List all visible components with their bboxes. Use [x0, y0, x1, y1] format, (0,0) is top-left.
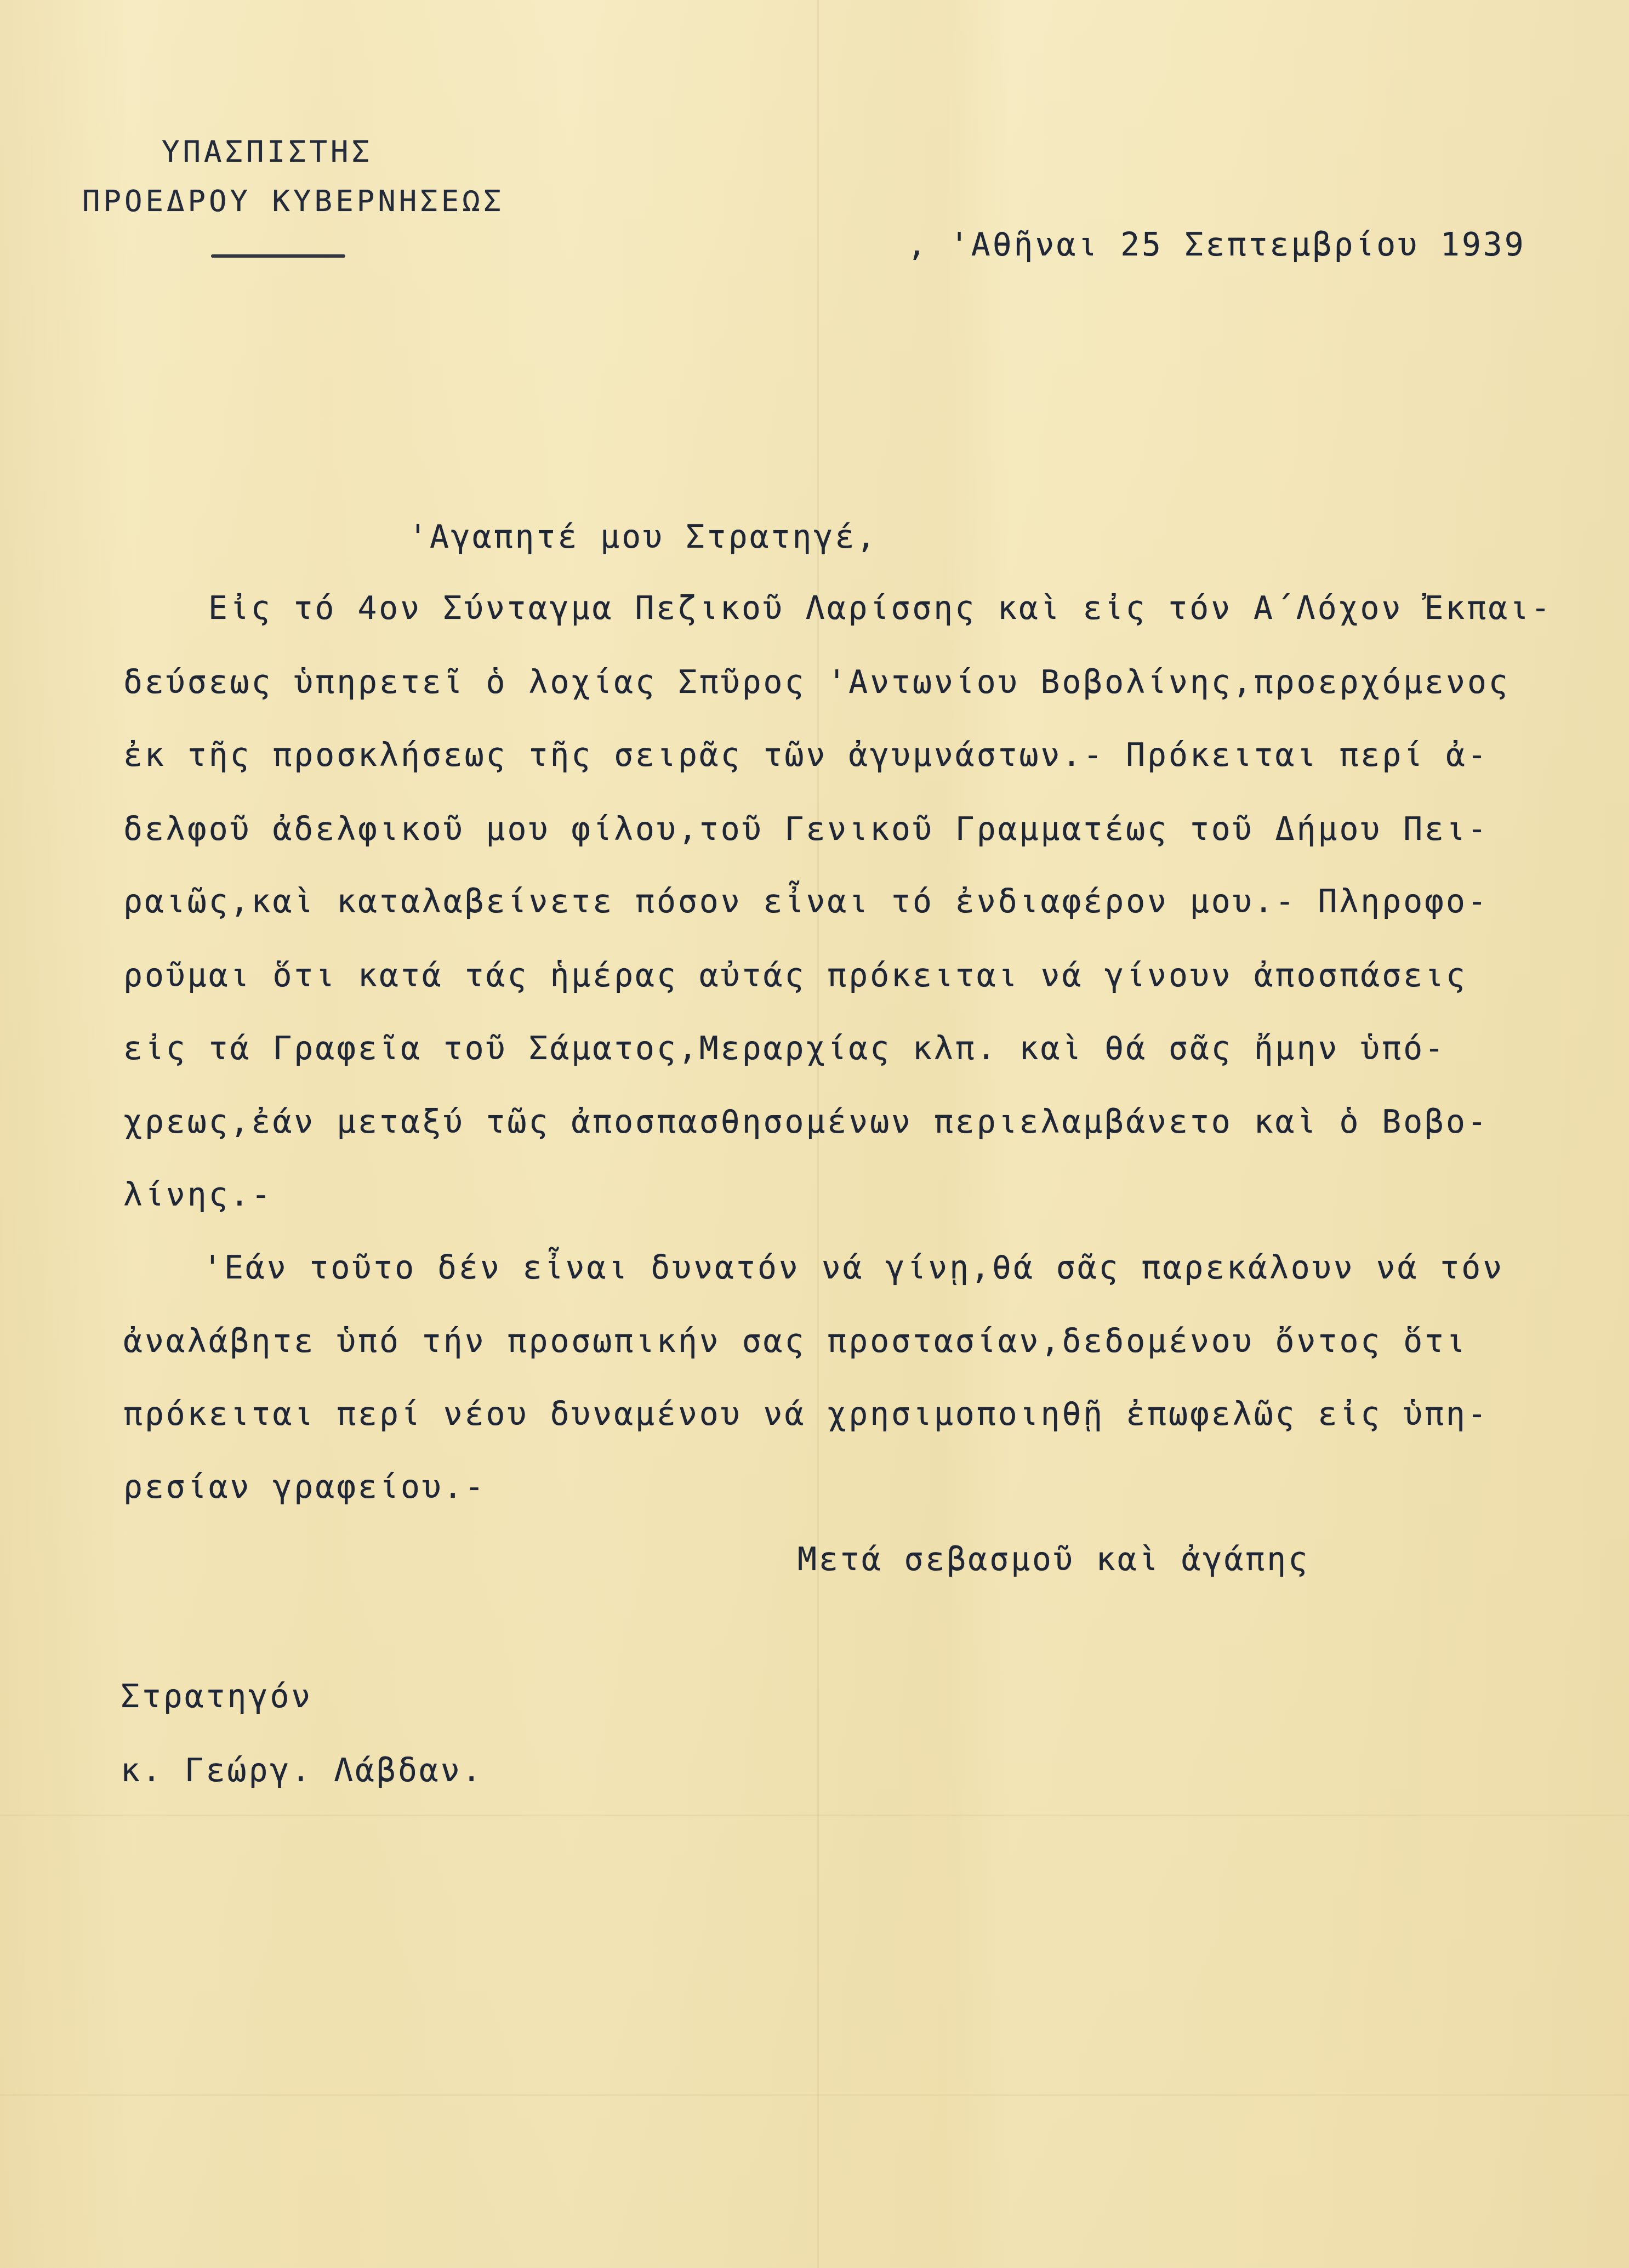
body-line: εἰς τά Γραφεῖα τοῦ Σάματος,Μεραρχίας κλπ…	[123, 1030, 1446, 1067]
body-line: ἐκ τῆς προσκλήσεως τῆς σειρᾶς τῶν ἀγυμνά…	[123, 736, 1489, 774]
body-line: χρεως,ἐάν μεταξύ τῶς ἀποσπασθησομένων πε…	[123, 1103, 1489, 1140]
body-line: Εἰς τό 4ον Σύνταγμα Πεζικοῦ Λαρίσσης καὶ…	[208, 589, 1552, 627]
paper-fold-horizontal	[0, 1815, 1629, 1816]
closing: Μετά σεβασμοῦ καὶ ἀγάπης	[798, 1541, 1309, 1578]
body-line: λίνης.-	[123, 1176, 272, 1213]
body-line: ρεσίαν γραφείου.-	[123, 1468, 486, 1505]
recipient-title: Στρατηγόν	[121, 1678, 312, 1715]
letterhead-line-1: ΥΠΑΣΠΙΣΤΗΣ	[162, 134, 373, 169]
body-line: δεύσεως ὑπηρετεῖ ὁ λοχίας Σπῦρος 'Αντωνί…	[123, 663, 1510, 701]
body-line: ἀναλάβητε ὑπό τήν προσωπικήν σας προστασ…	[123, 1322, 1467, 1360]
letterhead-underline	[211, 254, 345, 258]
body-line: 'Εάν τοῦτο δέν εἶναι δυνατόν νά γίνῃ,θά …	[203, 1249, 1504, 1286]
body-line: δελφοῦ ἀδελφικοῦ μου φίλου,τοῦ Γενικοῦ Γ…	[123, 810, 1489, 848]
body-line: πρόκειται περί νέου δυναμένου νά χρησιμο…	[123, 1395, 1489, 1433]
body-line: ραιῶς,καὶ καταλαβείνετε πόσον εἶναι τό ἐ…	[123, 883, 1489, 920]
salutation: 'Αγαπητέ μου Στρατηγέ,	[408, 518, 878, 555]
date-line: , 'Αθῆναι 25 Σεπτεμβρίου 1939	[907, 226, 1526, 263]
paper-fold-horizontal-lower	[0, 2094, 1629, 2096]
recipient-name: κ. Γεώργ. Λάβδαν.	[121, 1752, 483, 1789]
letterhead-line-2: ΠΡΟΕΔΡΟΥ ΚΥΒΕΡΝΗΣΕΩΣ	[82, 184, 504, 218]
body-line: ροῦμαι ὅτι κατά τάς ἡμέρας αὐτάς πρόκειτ…	[123, 957, 1467, 994]
